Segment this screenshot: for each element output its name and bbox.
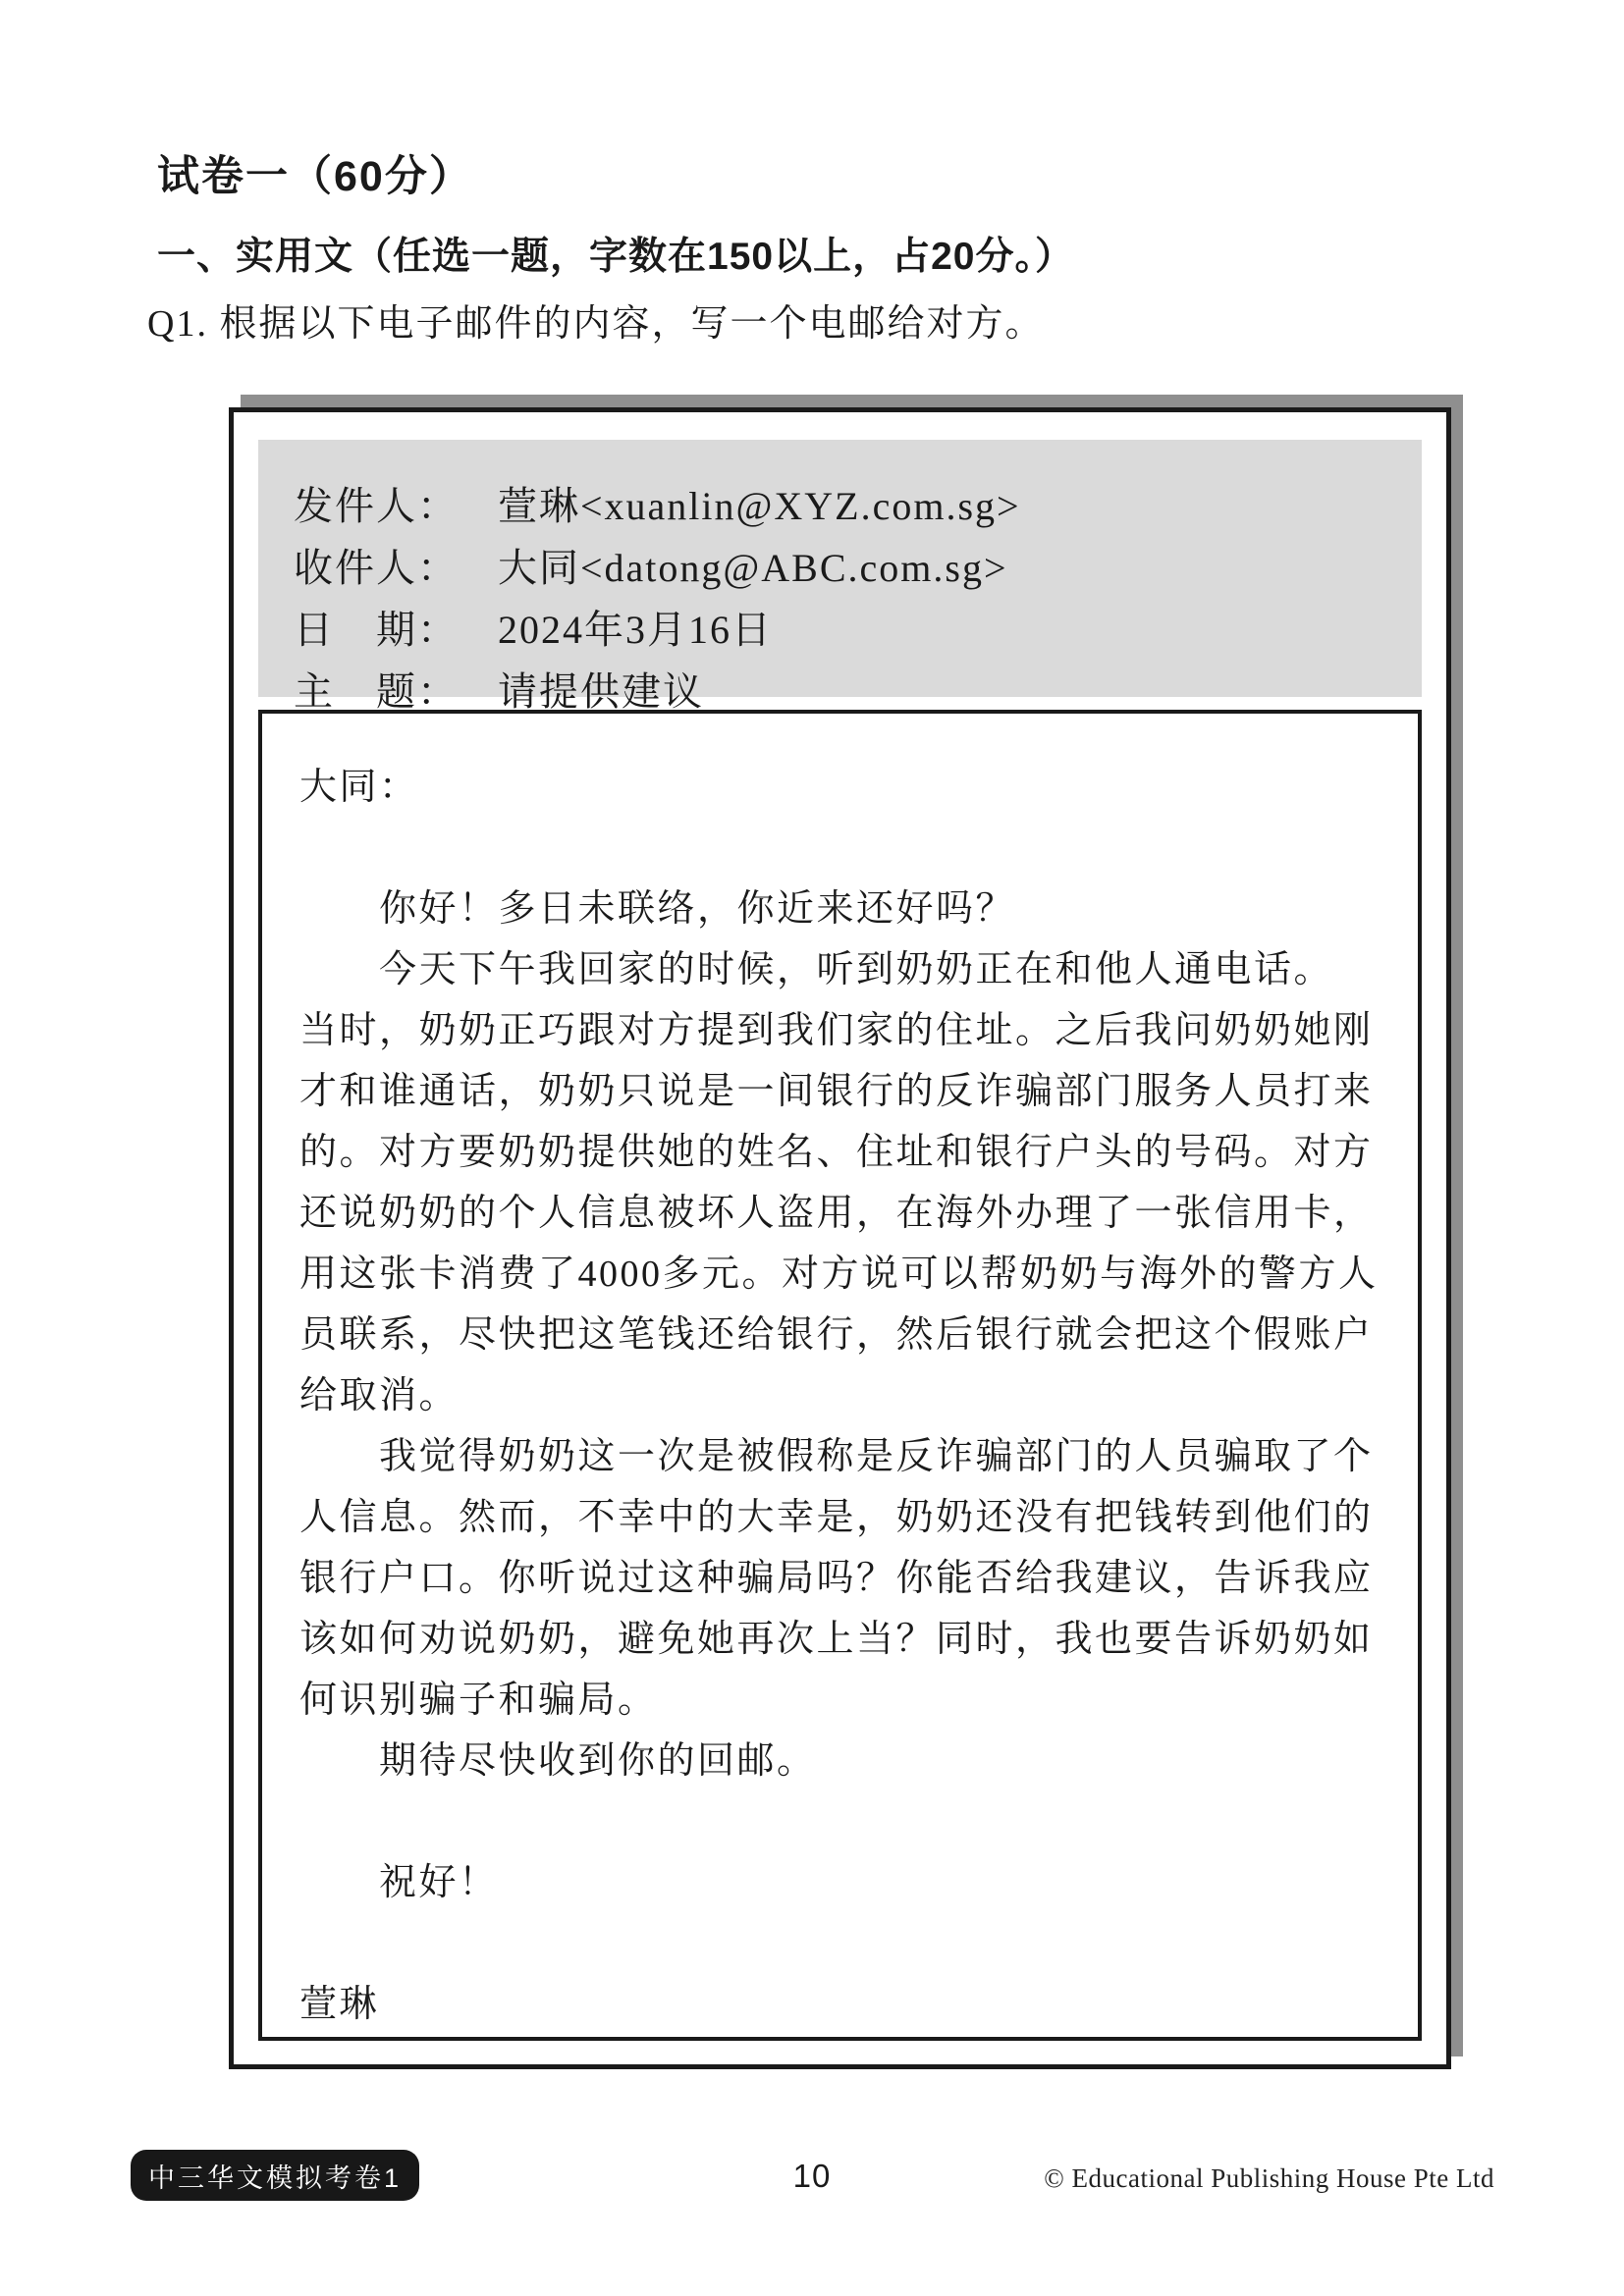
email-body-line: 你好！多日未联络，你近来还好吗？	[299, 879, 1392, 939]
email-header: 发件人：萱琳<xuanlin@XYZ.com.sg> 收件人：大同<datong…	[258, 440, 1422, 697]
email-body: 大同： 你好！多日未联络，你近来还好吗？ 今天下午我回家的时候，听到奶奶正在和他…	[258, 710, 1422, 2041]
email-body-line: 萱琳	[299, 1974, 1392, 2035]
email-body-line: 当时，奶奶正巧跟对方提到我们家的住址。之后我问奶奶她刚	[299, 1000, 1392, 1061]
email-body-line: 该如何劝说奶奶，避免她再次上当？同时，我也要告诉奶奶如	[299, 1609, 1392, 1670]
email-from-row: 发件人：萱琳<xuanlin@XYZ.com.sg>	[294, 475, 1402, 537]
paper-title: 试卷一（60分）	[157, 143, 473, 203]
email-body-line: 的。对方要奶奶提供她的姓名、住址和银行户头的号码。对方	[299, 1122, 1392, 1183]
email-body-line: 用这张卡消费了4000多元。对方说可以帮奶奶与海外的警方人	[299, 1244, 1392, 1305]
email-body-line: 我觉得奶奶这一次是被假称是反诈骗部门的人员骗取了个	[299, 1426, 1392, 1487]
email-body-line: 大同：	[299, 757, 1392, 818]
email-body-line: 才和谁通话，奶奶只说是一间银行的反诈骗部门服务人员打来	[299, 1061, 1392, 1122]
email-body-line: 银行户口。你听说过这种骗局吗？你能否给我建议，告诉我应	[299, 1548, 1392, 1609]
email-body-line: 期待尽快收到你的回邮。	[299, 1731, 1392, 1791]
footer-copyright: © Educational Publishing House Pte Ltd	[1044, 2163, 1494, 2194]
subject-value: 请提供建议	[498, 669, 704, 714]
date-value: 2024年3月16日	[498, 608, 773, 652]
email-to-row: 收件人：大同<datong@ABC.com.sg>	[294, 537, 1402, 599]
exam-page: 试卷一（60分） 一、实用文（任选一题，字数在150以上，占20分。） Q1. …	[0, 0, 1624, 2296]
date-label: 日 期：	[294, 599, 498, 661]
email-body-line: 祝好！	[299, 1852, 1392, 1913]
email-body-line: 今天下午我回家的时候，听到奶奶正在和他人通电话。	[299, 939, 1392, 1000]
email-body-line	[299, 1913, 1392, 1974]
email-body-line: 给取消。	[299, 1365, 1392, 1426]
question-q1: Q1. 根据以下电子邮件的内容，写一个电邮给对方。	[147, 293, 1044, 347]
email-body-line: 员联系，尽快把这笔钱还给银行，然后银行就会把这个假账户	[299, 1305, 1392, 1365]
page-number: 10	[793, 2158, 832, 2195]
email-body-line: 人信息。然而，不幸中的大幸是，奶奶还没有把钱转到他们的	[299, 1487, 1392, 1548]
email-body-line: 还说奶奶的个人信息被坏人盗用，在海外办理了一张信用卡，	[299, 1183, 1392, 1244]
email-container: 发件人：萱琳<xuanlin@XYZ.com.sg> 收件人：大同<datong…	[229, 407, 1451, 2069]
to-label: 收件人：	[294, 537, 498, 599]
from-label: 发件人：	[294, 475, 498, 537]
email-body-line	[299, 1791, 1392, 1852]
to-value: 大同<datong@ABC.com.sg>	[498, 546, 1008, 590]
from-value: 萱琳<xuanlin@XYZ.com.sg>	[498, 484, 1021, 528]
section-heading: 一、实用文（任选一题，字数在150以上，占20分。）	[157, 226, 1074, 281]
email-body-line	[299, 818, 1392, 879]
email-body-line: 何识别骗子和骗局。	[299, 1670, 1392, 1731]
footer-badge: 中三华文模拟考卷1	[131, 2150, 419, 2201]
email-date-row: 日 期：2024年3月16日	[294, 599, 1402, 661]
